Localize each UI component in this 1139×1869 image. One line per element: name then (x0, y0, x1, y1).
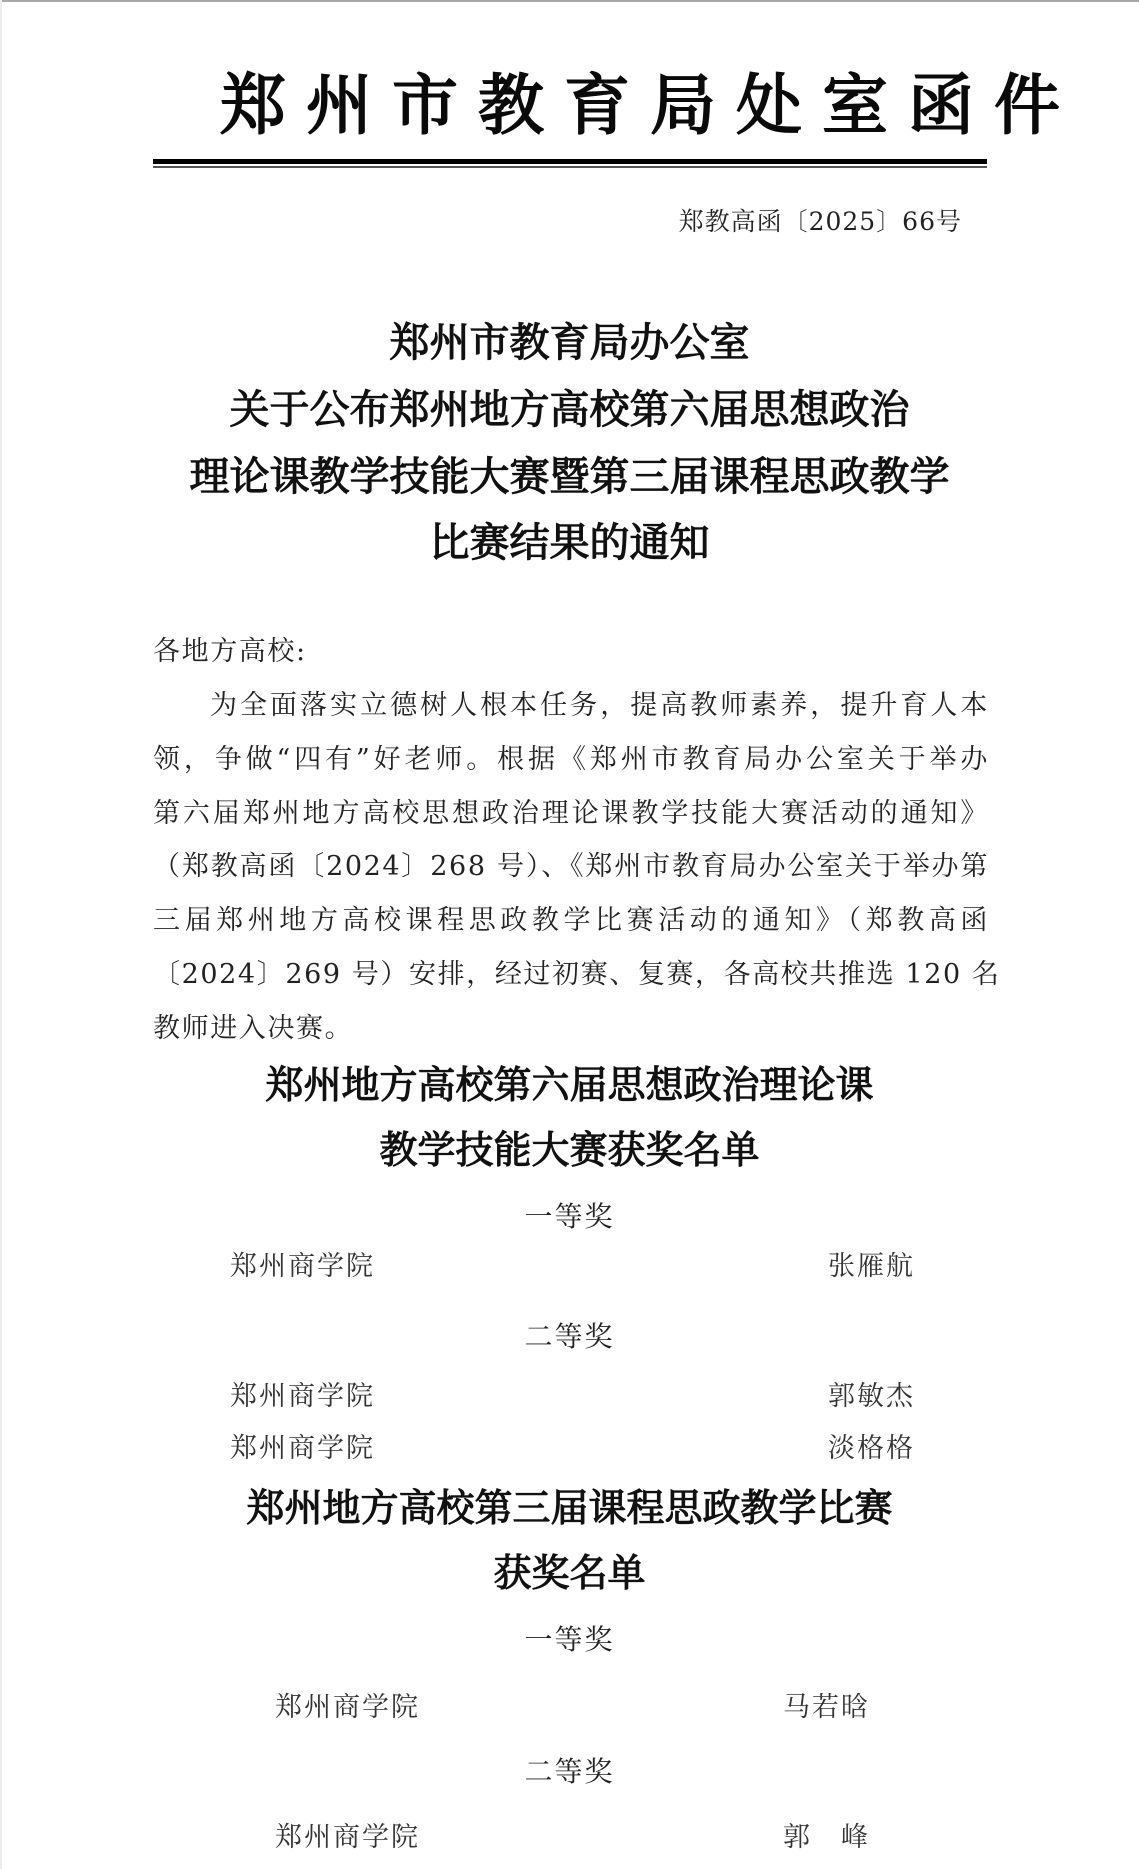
masthead-rule-thick (153, 159, 987, 164)
notice-title-line-3: 理论课教学技能大赛暨第三届课程思政教学 (0, 452, 1139, 502)
body-line-6: 〔2024〕269 号）安排，经过初赛、复赛，各高校共推选 120 名 (153, 958, 989, 992)
body-line-1: 为全面落实立德树人根本任务，提高教师素养，提升育人本 (210, 689, 989, 723)
body-line-3: 第六届郑州地方高校思想政治理论课教学技能大赛活动的通知》 (153, 797, 989, 831)
winner-name: 郭 峰 (783, 1821, 870, 1855)
notice-title-line-2: 关于公布郑州地方高校第六届思想政治 (0, 385, 1139, 435)
salutation: 各地方高校: (153, 635, 989, 669)
section-1-prize-second-label: 二等奖 (0, 1320, 1139, 1354)
masthead-rule-thin (153, 166, 987, 168)
page-top-edge (0, 0, 1139, 2)
notice-title-line-1: 郑州市教育局办公室 (0, 318, 1139, 368)
winner-name: 郭敏杰 (828, 1380, 915, 1414)
winner-name: 张雁航 (828, 1250, 915, 1284)
masthead-title: 郑州市教育局处室函件 (220, 62, 960, 148)
document-number: 郑教高函〔2025〕66号 (679, 206, 962, 238)
section-2-prize-first-label: 一等奖 (0, 1623, 1139, 1657)
notice-title-line-4: 比赛结果的通知 (0, 518, 1139, 568)
winner-name: 马若晗 (783, 1691, 870, 1725)
body-line-4: （郑教高函〔2024〕268 号）、《郑州市教育局办公室关于举办第 (153, 850, 989, 884)
section-2-heading-line-1: 郑州地方高校第三届课程思政教学比赛 (0, 1484, 1139, 1532)
section-1-prize-first-label: 一等奖 (0, 1200, 1139, 1234)
section-1-heading-line-1: 郑州地方高校第六届思想政治理论课 (0, 1061, 1139, 1109)
winner-school: 郑州商学院 (230, 1250, 375, 1284)
winner-school: 郑州商学院 (275, 1691, 420, 1725)
body-line-2: 领，争做“四有”好老师。根据《郑州市教育局办公室关于举办 (153, 743, 989, 777)
winner-school: 郑州商学院 (230, 1432, 375, 1466)
winner-school: 郑州商学院 (230, 1380, 375, 1414)
section-2-heading-line-2: 获奖名单 (0, 1549, 1139, 1597)
body-line-7: 教师进入决赛。 (153, 1012, 989, 1046)
section-1-heading-line-2: 教学技能大赛获奖名单 (0, 1126, 1139, 1174)
winner-school: 郑州商学院 (275, 1821, 420, 1855)
body-line-5: 三届郑州地方高校课程思政教学比赛活动的通知》（郑教高函 (153, 904, 989, 938)
winner-name: 淡格格 (828, 1432, 915, 1466)
section-2-prize-second-label: 二等奖 (0, 1755, 1139, 1789)
